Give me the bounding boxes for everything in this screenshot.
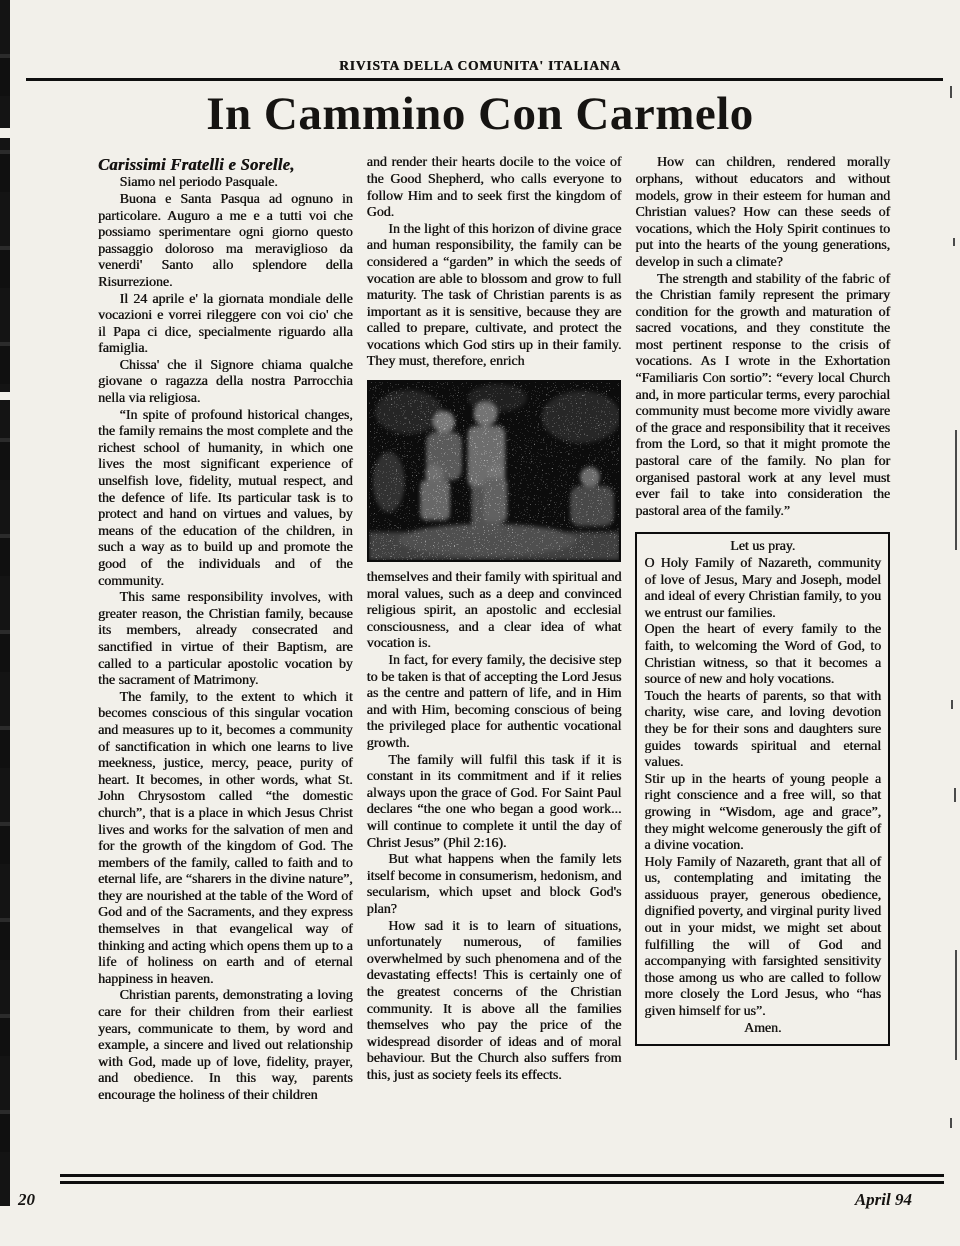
prayer-paragraph: Stir up in the hearts of young people a … bbox=[644, 772, 881, 855]
scan-artifact bbox=[954, 788, 956, 802]
scan-artifact bbox=[955, 430, 957, 550]
paragraph: In fact, for every family, the decisive … bbox=[367, 653, 622, 753]
salutation: Carissimi Fratelli e Sorelle, bbox=[98, 155, 353, 175]
paragraph: Buona e Santa Pasqua ad ognuno in partic… bbox=[98, 192, 353, 292]
prayer-amen: Amen. bbox=[644, 1021, 881, 1038]
paragraph: How sad it is to learn of situations, un… bbox=[367, 919, 622, 1085]
prayer-heading: Let us pray. bbox=[644, 539, 881, 556]
prayer-paragraph: Open the heart of every family to the fa… bbox=[644, 622, 881, 688]
binding-gap bbox=[0, 392, 10, 400]
paragraph: Chissa' che il Signore chiama qualche gi… bbox=[98, 358, 353, 408]
scan-artifact bbox=[951, 700, 953, 709]
page-title: In Cammino Con Carmelo bbox=[0, 90, 960, 139]
paragraph: Christian parents, demonstrating a lovin… bbox=[98, 988, 353, 1104]
prayer-paragraph: Holy Family of Nazareth, grant that all … bbox=[644, 855, 881, 1021]
paragraph: But what happens when the family lets it… bbox=[367, 852, 622, 918]
column-right: How can children, rendered morally orpha… bbox=[635, 155, 890, 1104]
column-left: Carissimi Fratelli e Sorelle, Siamo nel … bbox=[98, 155, 353, 1104]
prayer-paragraph: O Holy Family of Nazareth, community of … bbox=[644, 556, 881, 622]
family-photo-image bbox=[369, 382, 620, 560]
paragraph: How can children, rendered morally orpha… bbox=[635, 155, 890, 271]
binding-gap bbox=[0, 128, 10, 138]
footer-rule bbox=[60, 1174, 944, 1184]
paragraph: “In spite of profound historical changes… bbox=[98, 408, 353, 591]
issue-date: April 94 bbox=[855, 1190, 912, 1210]
paragraph: The family will fulfil this task if it i… bbox=[367, 753, 622, 853]
scan-artifact bbox=[950, 86, 952, 98]
page-number: 20 bbox=[18, 1190, 35, 1210]
article-body: Carissimi Fratelli e Sorelle, Siamo nel … bbox=[0, 139, 960, 1104]
scan-artifact bbox=[955, 950, 957, 1060]
masthead: RIVISTA DELLA COMUNITA' ITALIANA bbox=[0, 58, 960, 74]
scan-artifact bbox=[953, 238, 955, 246]
paragraph: In the light of this horizon of divine g… bbox=[367, 222, 622, 371]
paragraph: The strength and stability of the fabric… bbox=[635, 272, 890, 521]
newsletter-page: RIVISTA DELLA COMUNITA' ITALIANA In Camm… bbox=[0, 0, 960, 1246]
paragraph: and render their hearts docile to the vo… bbox=[367, 155, 622, 221]
page-header: RIVISTA DELLA COMUNITA' ITALIANA In Camm… bbox=[0, 0, 960, 139]
footer-row: 20 April 94 bbox=[0, 1184, 960, 1210]
page-footer: 20 April 94 bbox=[0, 1174, 960, 1210]
binding-edge bbox=[0, 0, 10, 1206]
paragraph: Siamo nel periodo Pasquale. bbox=[98, 175, 353, 192]
masthead-rule bbox=[26, 78, 943, 81]
paragraph: themselves and their family with spiritu… bbox=[367, 570, 622, 653]
paragraph: Il 24 aprile e' la giornata mondiale del… bbox=[98, 292, 353, 358]
paragraph: The family, to the extent to which it be… bbox=[98, 690, 353, 989]
column-middle: and render their hearts docile to the vo… bbox=[367, 155, 622, 1104]
family-photo bbox=[367, 380, 622, 562]
prayer-paragraph: Touch the hearts of parents, so that wit… bbox=[644, 689, 881, 772]
scan-artifact bbox=[950, 1118, 952, 1128]
prayer-box: Let us pray. O Holy Family of Nazareth, … bbox=[635, 532, 890, 1046]
paragraph: This same responsibility involves, with … bbox=[98, 590, 353, 690]
